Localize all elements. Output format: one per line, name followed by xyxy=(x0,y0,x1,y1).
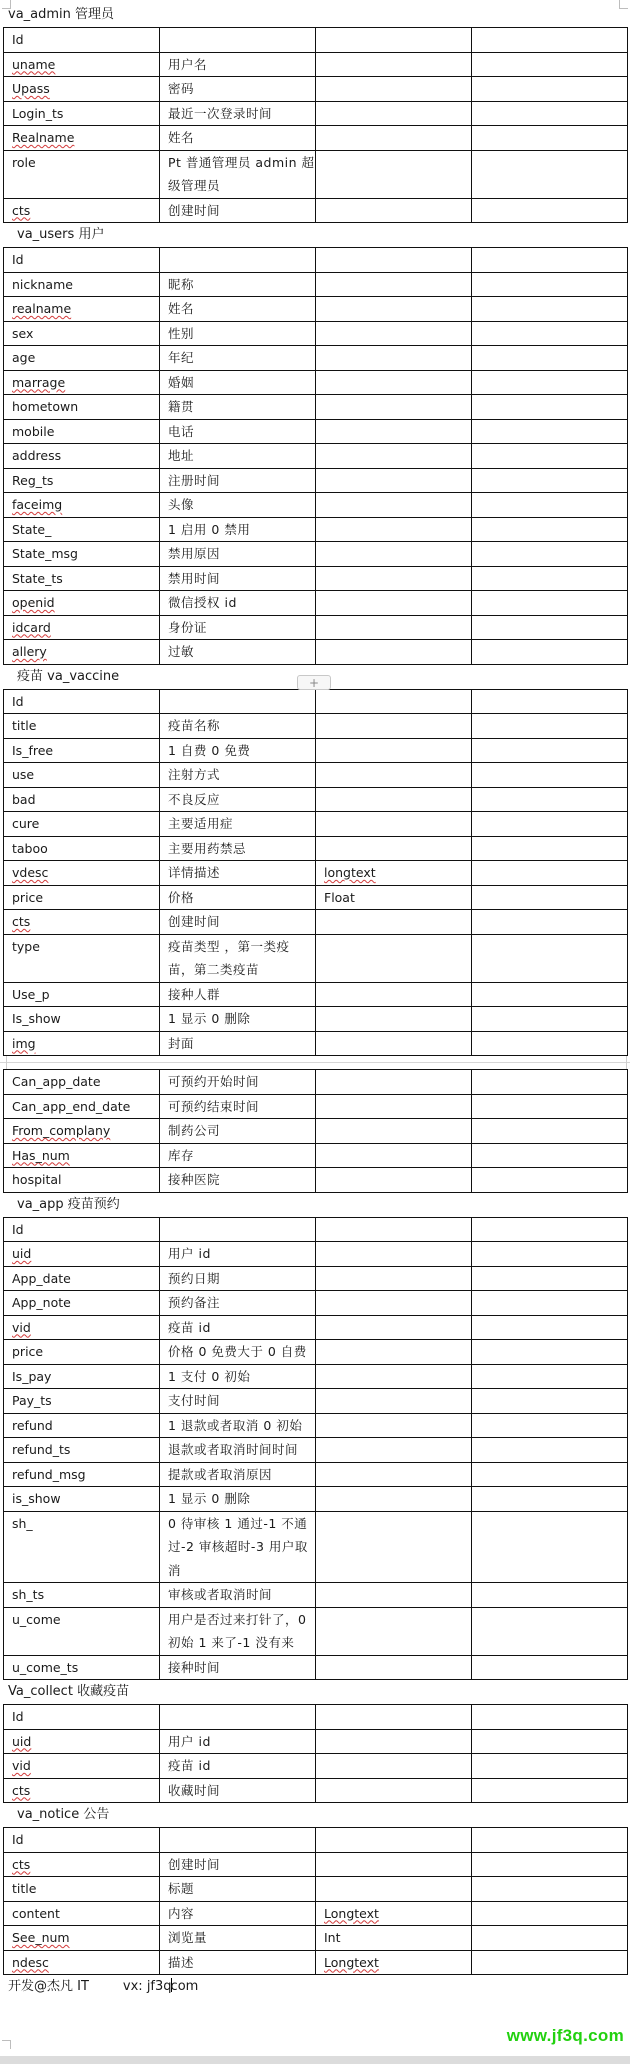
note-cell[interactable] xyxy=(472,77,628,102)
note-cell[interactable] xyxy=(472,1901,628,1926)
field-name-cell[interactable]: openid xyxy=(4,591,160,616)
description-cell[interactable]: 封面 xyxy=(160,1031,316,1056)
description-cell-text: 0 待审核 1 通过-1 不通过-2 审核超时-3 用户取消 xyxy=(168,1516,308,1578)
type-cell[interactable] xyxy=(316,321,472,346)
type-cell[interactable] xyxy=(316,52,472,77)
description-cell[interactable]: 性别 xyxy=(160,321,316,346)
description-cell[interactable]: 不良反应 xyxy=(160,787,316,812)
description-cell[interactable]: 可预约开始时间 xyxy=(160,1070,316,1095)
field-name-cell[interactable]: Id xyxy=(4,1828,160,1853)
field-name-cell[interactable]: Login_ts xyxy=(4,101,160,126)
field-name-cell[interactable]: sh_ts xyxy=(4,1583,160,1608)
note-cell[interactable] xyxy=(472,1607,628,1655)
note-cell[interactable] xyxy=(472,1511,628,1583)
type-cell[interactable] xyxy=(316,1511,472,1583)
note-cell[interactable] xyxy=(472,1031,628,1056)
description-cell[interactable]: 创建时间 xyxy=(160,910,316,935)
description-cell[interactable]: 内容 xyxy=(160,1901,316,1926)
note-cell[interactable] xyxy=(472,1217,628,1242)
field-name-cell[interactable]: App_note xyxy=(4,1291,160,1316)
note-cell[interactable] xyxy=(472,738,628,763)
description-cell[interactable]: 1 显示 0 删除 xyxy=(160,1487,316,1512)
note-cell[interactable] xyxy=(472,566,628,591)
description-cell[interactable]: 预约备注 xyxy=(160,1291,316,1316)
description-cell[interactable]: Pt 普通管理员 admin 超级管理员 xyxy=(160,150,316,198)
type-cell[interactable] xyxy=(316,1031,472,1056)
description-cell[interactable]: 籍贯 xyxy=(160,395,316,420)
note-cell[interactable] xyxy=(472,1389,628,1414)
type-cell[interactable] xyxy=(316,566,472,591)
note-cell[interactable] xyxy=(472,468,628,493)
type-cell[interactable] xyxy=(316,1242,472,1267)
type-cell[interactable] xyxy=(316,1364,472,1389)
note-cell[interactable] xyxy=(472,1828,628,1853)
type-cell[interactable] xyxy=(316,640,472,665)
description-cell[interactable]: 用户是否过来打针了，0 初始 1 来了-1 没有来 xyxy=(160,1607,316,1655)
type-cell[interactable] xyxy=(316,1828,472,1853)
field-name-cell[interactable]: Is_show xyxy=(4,1007,160,1032)
type-cell[interactable] xyxy=(316,1607,472,1655)
description-cell[interactable]: 注射方式 xyxy=(160,763,316,788)
type-cell[interactable] xyxy=(316,1143,472,1168)
note-cell[interactable] xyxy=(472,615,628,640)
note-cell[interactable] xyxy=(472,714,628,739)
note-cell[interactable] xyxy=(472,517,628,542)
description-cell[interactable]: 0 待审核 1 通过-1 不通过-2 审核超时-3 用户取消 xyxy=(160,1511,316,1583)
note-cell[interactable] xyxy=(472,812,628,837)
description-cell-text: 微信授权 id xyxy=(168,595,237,610)
note-cell[interactable] xyxy=(472,1754,628,1779)
field-name-cell[interactable]: type xyxy=(4,934,160,982)
note-cell[interactable] xyxy=(472,52,628,77)
description-cell[interactable]: 库存 xyxy=(160,1143,316,1168)
note-cell[interactable] xyxy=(472,1655,628,1680)
note-cell[interactable] xyxy=(472,1143,628,1168)
note-cell[interactable] xyxy=(472,1926,628,1951)
note-cell[interactable] xyxy=(472,982,628,1007)
field-name-cell[interactable]: u_come xyxy=(4,1607,160,1655)
type-cell[interactable] xyxy=(316,934,472,982)
description-cell[interactable]: 接种医院 xyxy=(160,1168,316,1193)
type-cell[interactable] xyxy=(316,1754,472,1779)
description-cell[interactable]: 微信授权 id xyxy=(160,591,316,616)
note-cell[interactable] xyxy=(472,444,628,469)
description-cell[interactable]: 收藏时间 xyxy=(160,1778,316,1803)
field-name-cell-text: marrage xyxy=(12,375,65,390)
field-name-cell[interactable]: Is_pay xyxy=(4,1364,160,1389)
field-name-cell[interactable]: is_show xyxy=(4,1487,160,1512)
description-cell[interactable]: 姓名 xyxy=(160,297,316,322)
field-name-cell[interactable]: refund xyxy=(4,1413,160,1438)
type-cell[interactable] xyxy=(316,1487,472,1512)
table-label: 公告 xyxy=(83,1807,109,1822)
field-name-cell-text: sh_ xyxy=(12,1516,33,1531)
field-name-cell[interactable]: refund_ts xyxy=(4,1438,160,1463)
note-cell[interactable] xyxy=(472,836,628,861)
description-cell[interactable]: 电话 xyxy=(160,419,316,444)
table-row: rolePt 普通管理员 admin 超级管理员 xyxy=(4,150,628,198)
page-break xyxy=(0,1056,630,1069)
field-name-cell[interactable]: Reg_ts xyxy=(4,468,160,493)
type-cell[interactable] xyxy=(316,1168,472,1193)
field-name-cell[interactable]: age xyxy=(4,346,160,371)
description-cell[interactable]: 1 支付 0 初始 xyxy=(160,1364,316,1389)
description-cell[interactable]: 密码 xyxy=(160,77,316,102)
type-cell[interactable] xyxy=(316,126,472,151)
description-cell[interactable]: 用户 id xyxy=(160,1729,316,1754)
type-cell[interactable] xyxy=(316,1583,472,1608)
field-name-cell[interactable]: uname xyxy=(4,52,160,77)
field-name-cell[interactable]: refund_msg xyxy=(4,1462,160,1487)
field-name-cell[interactable]: cts xyxy=(4,1852,160,1877)
page-margin-mark xyxy=(6,1056,7,1069)
type-cell[interactable] xyxy=(316,1778,472,1803)
note-cell[interactable] xyxy=(472,321,628,346)
type-cell[interactable] xyxy=(316,1315,472,1340)
note-cell[interactable] xyxy=(472,1007,628,1032)
note-cell[interactable] xyxy=(472,1583,628,1608)
note-cell[interactable] xyxy=(472,1291,628,1316)
description-cell[interactable]: 制药公司 xyxy=(160,1119,316,1144)
field-name-cell[interactable]: nickname xyxy=(4,272,160,297)
type-cell[interactable] xyxy=(316,714,472,739)
field-name-cell[interactable]: allery xyxy=(4,640,160,665)
type-cell[interactable]: Float xyxy=(316,885,472,910)
note-cell[interactable] xyxy=(472,689,628,714)
description-cell[interactable]: 主要用药禁忌 xyxy=(160,836,316,861)
type-cell[interactable] xyxy=(316,1266,472,1291)
type-cell[interactable] xyxy=(316,982,472,1007)
field-name-cell[interactable]: title xyxy=(4,714,160,739)
field-name-cell[interactable]: role xyxy=(4,150,160,198)
note-cell[interactable] xyxy=(472,1413,628,1438)
note-cell[interactable] xyxy=(472,591,628,616)
field-name-cell[interactable]: taboo xyxy=(4,836,160,861)
description-cell[interactable]: 头像 xyxy=(160,493,316,518)
field-name-cell[interactable]: Can_app_end_date xyxy=(4,1094,160,1119)
note-cell[interactable] xyxy=(472,910,628,935)
field-name-cell[interactable]: uid xyxy=(4,1729,160,1754)
type-cell[interactable] xyxy=(316,346,472,371)
description-cell[interactable] xyxy=(160,1217,316,1242)
description-cell[interactable]: 1 退款或者取消 0 初始 xyxy=(160,1413,316,1438)
note-cell[interactable] xyxy=(472,1364,628,1389)
type-cell[interactable] xyxy=(316,101,472,126)
note-cell[interactable] xyxy=(472,493,628,518)
field-name-cell-text: cts xyxy=(12,1783,30,1798)
type-cell[interactable] xyxy=(316,1413,472,1438)
type-cell[interactable] xyxy=(316,370,472,395)
description-cell[interactable]: 婚姻 xyxy=(160,370,316,395)
note-cell[interactable] xyxy=(472,1729,628,1754)
type-cell[interactable] xyxy=(316,444,472,469)
note-cell[interactable] xyxy=(472,885,628,910)
note-cell[interactable] xyxy=(472,1462,628,1487)
type-cell[interactable] xyxy=(316,150,472,198)
type-cell[interactable] xyxy=(316,836,472,861)
field-name-cell[interactable]: hospital xyxy=(4,1168,160,1193)
description-cell[interactable]: 1 显示 0 删除 xyxy=(160,1007,316,1032)
type-cell[interactable] xyxy=(316,1217,472,1242)
note-cell[interactable] xyxy=(472,542,628,567)
description-cell[interactable]: 疫苗名称 xyxy=(160,714,316,739)
description-cell[interactable] xyxy=(160,1828,316,1853)
description-cell[interactable]: 支付时间 xyxy=(160,1389,316,1414)
field-name-cell[interactable]: Is_free xyxy=(4,738,160,763)
note-cell[interactable] xyxy=(472,150,628,198)
note-cell[interactable] xyxy=(472,861,628,886)
description-cell[interactable]: 创建时间 xyxy=(160,198,316,223)
description-cell[interactable]: 注册时间 xyxy=(160,468,316,493)
type-cell[interactable]: Int xyxy=(316,1926,472,1951)
field-name-cell[interactable]: Can_app_date xyxy=(4,1070,160,1095)
table-label: 收藏疫苗 xyxy=(77,1684,129,1699)
description-cell[interactable] xyxy=(160,28,316,53)
note-cell[interactable] xyxy=(472,1119,628,1144)
type-cell[interactable]: Longtext xyxy=(316,1950,472,1975)
add-row-button[interactable]: + xyxy=(297,675,331,690)
field-name-cell[interactable]: use xyxy=(4,763,160,788)
note-cell[interactable] xyxy=(472,1852,628,1877)
note-cell[interactable] xyxy=(472,370,628,395)
field-name-cell[interactable]: realname xyxy=(4,297,160,322)
field-name-cell-text: vid xyxy=(12,1758,31,1773)
description-cell[interactable]: 描述 xyxy=(160,1950,316,1975)
note-cell[interactable] xyxy=(472,1438,628,1463)
field-name-cell[interactable]: cts xyxy=(4,1778,160,1803)
description-cell[interactable]: 接种人群 xyxy=(160,982,316,1007)
type-cell[interactable] xyxy=(316,493,472,518)
note-cell[interactable] xyxy=(472,640,628,665)
description-cell[interactable]: 禁用原因 xyxy=(160,542,316,567)
type-cell[interactable] xyxy=(316,395,472,420)
type-cell[interactable]: longtext xyxy=(316,861,472,886)
field-name-cell[interactable]: marrage xyxy=(4,370,160,395)
description-cell[interactable]: 疫苗 id xyxy=(160,1315,316,1340)
field-name-cell[interactable]: vid xyxy=(4,1754,160,1779)
description-cell[interactable]: 1 自费 0 免费 xyxy=(160,738,316,763)
note-cell[interactable] xyxy=(472,763,628,788)
description-cell[interactable]: 详情描述 xyxy=(160,861,316,886)
field-name-cell[interactable]: Id xyxy=(4,689,160,714)
note-cell[interactable] xyxy=(472,787,628,812)
description-cell[interactable]: 年纪 xyxy=(160,346,316,371)
type-cell[interactable] xyxy=(316,297,472,322)
note-cell[interactable] xyxy=(472,1778,628,1803)
field-name-cell-text: Id xyxy=(12,32,24,47)
note-cell[interactable] xyxy=(472,126,628,151)
note-cell[interactable] xyxy=(472,101,628,126)
note-cell[interactable] xyxy=(472,1266,628,1291)
type-cell[interactable] xyxy=(316,1462,472,1487)
type-cell[interactable] xyxy=(316,812,472,837)
field-name-cell[interactable]: See_num xyxy=(4,1926,160,1951)
type-cell[interactable] xyxy=(316,1291,472,1316)
field-name-cell[interactable]: cure xyxy=(4,812,160,837)
type-cell[interactable] xyxy=(316,198,472,223)
note-cell[interactable] xyxy=(472,1487,628,1512)
description-cell[interactable]: 最近一次登录时间 xyxy=(160,101,316,126)
type-cell[interactable] xyxy=(316,1094,472,1119)
note-cell[interactable] xyxy=(472,272,628,297)
description-cell[interactable]: 用户名 xyxy=(160,52,316,77)
description-cell[interactable]: 浏览量 xyxy=(160,1926,316,1951)
field-name-cell[interactable]: ndesc xyxy=(4,1950,160,1975)
type-cell[interactable] xyxy=(316,1852,472,1877)
field-name-cell[interactable]: u_come_ts xyxy=(4,1655,160,1680)
type-cell[interactable] xyxy=(316,419,472,444)
schema-table-va-vaccine: Can_app_date可预约开始时间Can_app_end_date可预约结束… xyxy=(3,1069,628,1193)
type-cell[interactable]: Longtext xyxy=(316,1901,472,1926)
field-name-cell[interactable]: Realname xyxy=(4,126,160,151)
field-name-cell[interactable]: price xyxy=(4,1340,160,1365)
type-cell[interactable] xyxy=(316,77,472,102)
description-cell[interactable]: 审核或者取消时间 xyxy=(160,1583,316,1608)
note-cell[interactable] xyxy=(472,248,628,273)
schema-table-va-admin: Iduname用户名Upass密码Login_ts最近一次登录时间Realnam… xyxy=(3,27,628,223)
type-cell[interactable] xyxy=(316,1389,472,1414)
description-cell[interactable]: 疫苗类型 ，第一类疫苗，第二类疫苗 xyxy=(160,934,316,982)
description-cell[interactable]: 主要适用症 xyxy=(160,812,316,837)
field-name-cell[interactable]: cts xyxy=(4,910,160,935)
field-name-cell[interactable]: Id xyxy=(4,1217,160,1242)
type-cell[interactable] xyxy=(316,272,472,297)
description-cell[interactable]: 疫苗 id xyxy=(160,1754,316,1779)
description-cell[interactable]: 预约日期 xyxy=(160,1266,316,1291)
type-cell[interactable] xyxy=(316,615,472,640)
field-name-cell[interactable]: address xyxy=(4,444,160,469)
field-name-cell[interactable]: title xyxy=(4,1877,160,1902)
description-cell[interactable]: 提款或者取消原因 xyxy=(160,1462,316,1487)
note-cell[interactable] xyxy=(472,1242,628,1267)
field-name-cell[interactable]: uid xyxy=(4,1242,160,1267)
field-name-cell[interactable]: img xyxy=(4,1031,160,1056)
description-cell[interactable]: 昵称 xyxy=(160,272,316,297)
description-cell[interactable]: 过敏 xyxy=(160,640,316,665)
field-name-cell[interactable]: State_ xyxy=(4,517,160,542)
note-cell[interactable] xyxy=(472,1168,628,1193)
type-cell[interactable] xyxy=(316,1007,472,1032)
type-cell[interactable] xyxy=(316,1877,472,1902)
type-cell-text: Float xyxy=(324,890,355,905)
field-name-cell[interactable]: hometown xyxy=(4,395,160,420)
description-cell[interactable]: 退款或者取消时间时间 xyxy=(160,1438,316,1463)
field-name-cell[interactable]: Use_p xyxy=(4,982,160,1007)
description-cell[interactable]: 可预约结束时间 xyxy=(160,1094,316,1119)
note-cell[interactable] xyxy=(472,1094,628,1119)
description-cell-text: 支付时间 xyxy=(168,1393,220,1408)
description-cell[interactable]: 接种时间 xyxy=(160,1655,316,1680)
description-cell-text: 性别 xyxy=(168,326,194,341)
note-cell[interactable] xyxy=(472,1877,628,1902)
field-name-cell[interactable]: Id xyxy=(4,248,160,273)
field-name-cell[interactable]: bad xyxy=(4,787,160,812)
note-cell[interactable] xyxy=(472,346,628,371)
description-cell-text: 封面 xyxy=(168,1036,194,1051)
type-cell[interactable] xyxy=(316,591,472,616)
description-cell-text: 库存 xyxy=(168,1148,194,1163)
type-cell[interactable] xyxy=(316,1705,472,1730)
note-cell[interactable] xyxy=(472,1705,628,1730)
field-name-cell[interactable]: idcard xyxy=(4,615,160,640)
field-name-cell[interactable]: Has_num xyxy=(4,1143,160,1168)
field-name-cell[interactable]: sh_ xyxy=(4,1511,160,1583)
description-cell[interactable]: 地址 xyxy=(160,444,316,469)
note-cell[interactable] xyxy=(472,1950,628,1975)
type-cell[interactable] xyxy=(316,763,472,788)
field-name-cell[interactable]: cts xyxy=(4,198,160,223)
description-cell[interactable]: 禁用时间 xyxy=(160,566,316,591)
type-cell[interactable] xyxy=(316,738,472,763)
type-cell[interactable] xyxy=(316,910,472,935)
type-cell[interactable] xyxy=(316,1655,472,1680)
note-cell[interactable] xyxy=(472,934,628,982)
field-name-cell[interactable]: Upass xyxy=(4,77,160,102)
type-cell[interactable] xyxy=(316,1119,472,1144)
type-cell[interactable] xyxy=(316,1729,472,1754)
description-cell[interactable] xyxy=(160,1705,316,1730)
description-cell[interactable]: 价格 0 免费大于 0 自费 xyxy=(160,1340,316,1365)
note-cell[interactable] xyxy=(472,1070,628,1095)
description-cell[interactable]: 创建时间 xyxy=(160,1852,316,1877)
description-cell[interactable]: 用户 id xyxy=(160,1242,316,1267)
description-cell[interactable]: 身份证 xyxy=(160,615,316,640)
note-cell[interactable] xyxy=(472,297,628,322)
type-cell[interactable] xyxy=(316,787,472,812)
type-cell[interactable] xyxy=(316,1340,472,1365)
type-cell[interactable] xyxy=(316,28,472,53)
description-cell-text: 创建时间 xyxy=(168,914,220,929)
field-name-cell[interactable]: State_msg xyxy=(4,542,160,567)
description-cell[interactable]: 1 启用 0 禁用 xyxy=(160,517,316,542)
type-cell[interactable] xyxy=(316,1070,472,1095)
field-name-cell[interactable]: App_date xyxy=(4,1266,160,1291)
note-cell[interactable] xyxy=(472,419,628,444)
type-cell[interactable] xyxy=(316,1438,472,1463)
table-row: Can_app_date可预约开始时间 xyxy=(4,1070,628,1095)
field-name-cell[interactable]: Id xyxy=(4,1705,160,1730)
description-cell[interactable]: 价格 xyxy=(160,885,316,910)
type-cell-text: longtext xyxy=(324,865,376,880)
note-cell[interactable] xyxy=(472,1340,628,1365)
field-name-cell[interactable]: vid xyxy=(4,1315,160,1340)
description-cell[interactable] xyxy=(160,248,316,273)
field-name-cell[interactable]: price xyxy=(4,885,160,910)
type-cell[interactable] xyxy=(316,689,472,714)
field-name-cell[interactable]: faceimg xyxy=(4,493,160,518)
type-cell[interactable] xyxy=(316,468,472,493)
description-cell[interactable]: 标题 xyxy=(160,1877,316,1902)
note-cell[interactable] xyxy=(472,395,628,420)
description-cell[interactable] xyxy=(160,689,316,714)
type-cell[interactable] xyxy=(316,248,472,273)
note-cell[interactable] xyxy=(472,1315,628,1340)
field-name-cell[interactable]: From_complany xyxy=(4,1119,160,1144)
type-cell[interactable] xyxy=(316,517,472,542)
description-cell[interactable]: 姓名 xyxy=(160,126,316,151)
field-name-cell[interactable]: vdesc xyxy=(4,861,160,886)
field-name-cell[interactable]: mobile xyxy=(4,419,160,444)
field-name-cell[interactable]: Pay_ts xyxy=(4,1389,160,1414)
note-cell[interactable] xyxy=(472,198,628,223)
field-name-cell[interactable]: Id xyxy=(4,28,160,53)
footer-credit[interactable]: 开发@杰凡 ITvx: jf3qcom xyxy=(0,1977,630,1997)
type-cell[interactable] xyxy=(316,542,472,567)
field-name-cell[interactable]: State_ts xyxy=(4,566,160,591)
field-name-cell[interactable]: sex xyxy=(4,321,160,346)
field-name-cell[interactable]: content xyxy=(4,1901,160,1926)
note-cell[interactable] xyxy=(472,28,628,53)
